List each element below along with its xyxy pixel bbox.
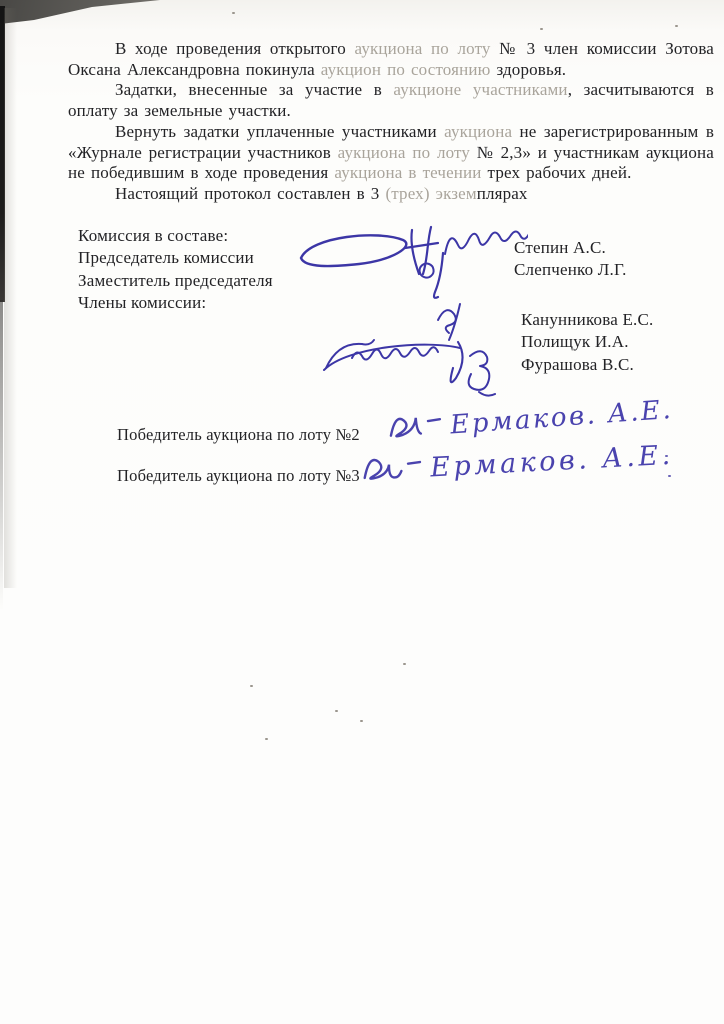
text-segment: здоровья. — [490, 60, 566, 79]
winner-lot2-label: Победитель аукциона по лоту №2 — [117, 425, 360, 445]
scan-left-edge-shade — [4, 8, 17, 588]
text-segment: плярах — [477, 184, 528, 203]
scan-speck — [675, 25, 678, 27]
name-polischuk: Полищук И.А. — [521, 331, 653, 353]
winner-lot3-label: Победитель аукциона по лоту №3 — [117, 466, 360, 486]
winner-lot2-signature-squiggle — [383, 406, 443, 444]
commission-role-members: Члены комиссии: — [78, 292, 273, 314]
name-kanunnikova: Канунникова Е.С. — [521, 309, 653, 331]
winner-lot2-name: Ермаков. А.Е. — [449, 395, 674, 440]
text-segment: В ходе проведения открытого — [115, 39, 354, 58]
scan-corner-shadow — [0, 0, 170, 24]
scanned-document-page: В ходе проведения открытого аукциона по … — [0, 0, 724, 1024]
scan-speck — [250, 685, 253, 687]
members-signature — [318, 296, 530, 400]
winner-lot3-signature-squiggle — [357, 447, 423, 486]
scan-speck — [335, 710, 338, 712]
text-segment-faded: (трех) экзем — [385, 184, 476, 203]
scan-speck — [665, 455, 668, 457]
winner-lot3-name: Ермаков. А.Е. — [429, 440, 674, 484]
commission-heading: Комиссия в составе: — [78, 225, 273, 247]
scan-left-edge-fade — [0, 300, 3, 610]
scan-speck — [668, 475, 671, 477]
member-names: Канунникова Е.С. Полищук И.А. Фурашова В… — [521, 309, 653, 376]
name-slepchenko: Слепченко Л.Г. — [514, 259, 627, 281]
scan-speck — [265, 738, 268, 740]
text-segment: Настоящий протокол составлен в 3 — [115, 184, 385, 203]
commission-role-chairman: Председатель комиссии — [78, 247, 273, 269]
text-segment: Задатки, внесенные за участие в — [115, 80, 393, 99]
scan-speck — [540, 28, 543, 30]
text-segment-faded: аукционе участниками — [393, 80, 567, 99]
commission-block: Комиссия в составе: Председатель комисси… — [78, 225, 273, 315]
paragraph: Задатки, внесенные за участие в аукционе… — [68, 80, 714, 121]
commission-role-deputy: Заместитель председателя — [78, 270, 273, 292]
text-segment-faded: аукциона по лоту — [354, 39, 490, 58]
scan-speck — [403, 663, 406, 665]
text-segment-faded: аукциона по лоту — [338, 143, 470, 162]
text-segment: Вернуть задатки уплаченные участниками — [115, 122, 444, 141]
name-furashova: Фурашова В.С. — [521, 354, 653, 376]
text-segment-faded: аукциона — [444, 122, 512, 141]
chair-names: Степин А.С. Слепченко Л.Г. — [514, 237, 627, 282]
paragraph: Вернуть задатки уплаченные участниками а… — [68, 122, 714, 184]
text-segment-faded: аукцион по состоянию — [321, 60, 491, 79]
text-segment-faded: аукциона в течении — [334, 163, 481, 182]
paragraph: В ходе проведения открытого аукциона по … — [68, 39, 714, 80]
paragraph: Настоящий протокол составлен в 3 (трех) … — [68, 184, 714, 205]
chairman-deputy-signature — [293, 220, 528, 302]
text-segment: трех рабочих дней. — [482, 163, 632, 182]
name-stepin: Степин А.С. — [514, 237, 627, 259]
scan-speck — [232, 12, 235, 14]
document-body: В ходе проведения открытого аукциона по … — [68, 39, 714, 205]
scan-speck — [360, 720, 363, 722]
